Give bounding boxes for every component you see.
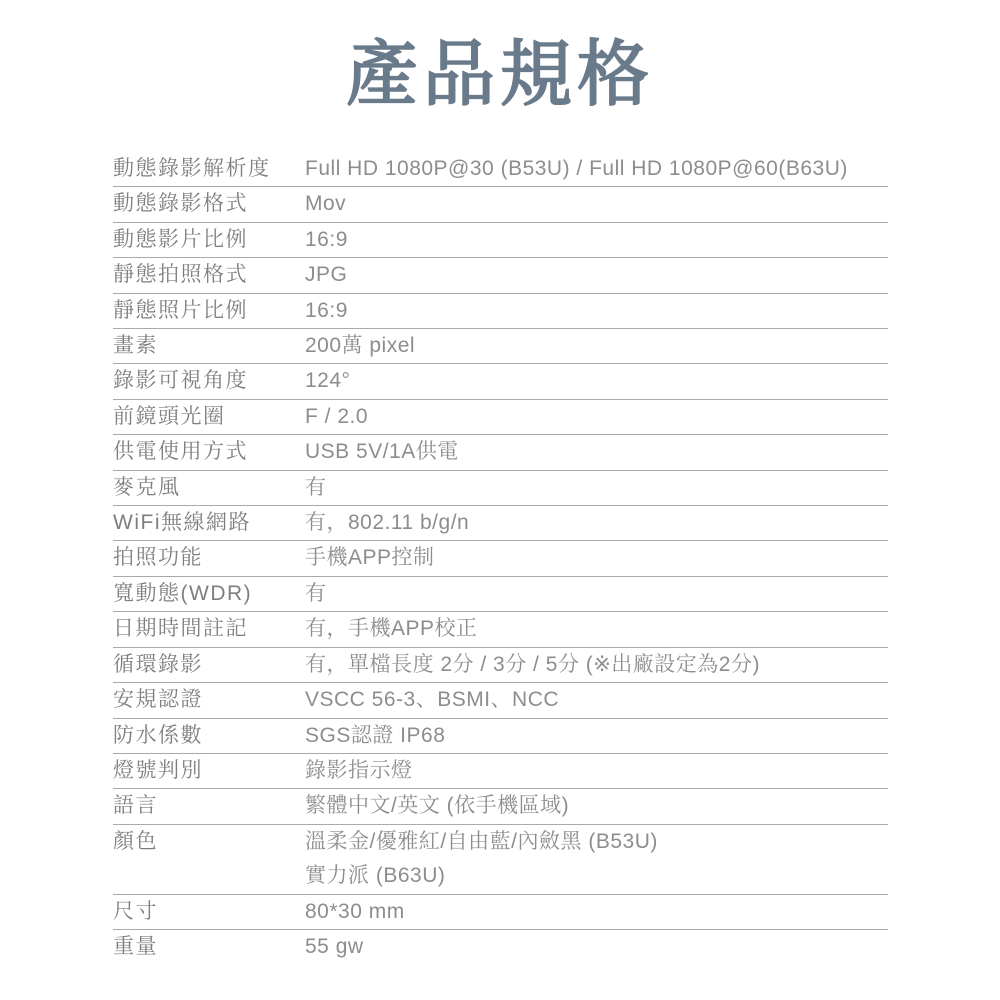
spec-row: 畫素 200萬 pixel xyxy=(113,329,888,364)
spec-value-line: 實力派 (B63U) xyxy=(305,859,888,893)
spec-row: 日期時間註記 有，手機APP校正 xyxy=(113,612,888,647)
spec-value: Mov xyxy=(305,187,888,221)
spec-label: 動態錄影解析度 xyxy=(113,152,305,186)
spec-value: 有 xyxy=(305,471,888,505)
spec-label: 拍照功能 xyxy=(113,541,305,575)
spec-value: 200萬 pixel xyxy=(305,329,888,363)
spec-label: 燈號判別 xyxy=(113,754,305,788)
spec-row: 循環錄影 有，單檔長度 2分 / 3分 / 5分 (※出廠設定為2分) xyxy=(113,648,888,683)
spec-value: VSCC 56-3、BSMI、NCC xyxy=(305,683,888,717)
spec-row: 尺寸 80*30 mm xyxy=(113,895,888,930)
spec-value: 124° xyxy=(305,364,888,398)
spec-value: 溫柔金/優雅紅/自由藍/內斂黑 (B53U)實力派 (B63U) xyxy=(305,825,888,894)
spec-value: 16:9 xyxy=(305,223,888,257)
spec-row: 供電使用方式 USB 5V/1A供電 xyxy=(113,435,888,470)
spec-row: 靜態照片比例 16:9 xyxy=(113,294,888,329)
spec-value: 有，802.11 b/g/n xyxy=(305,506,888,540)
spec-label: 重量 xyxy=(113,930,305,964)
spec-label: 畫素 xyxy=(113,329,305,363)
spec-label: 防水係數 xyxy=(113,719,305,753)
spec-label: 靜態拍照格式 xyxy=(113,258,305,292)
spec-label: 寬動態(WDR) xyxy=(113,577,305,611)
spec-label: 供電使用方式 xyxy=(113,435,305,469)
spec-row: 動態影片比例 16:9 xyxy=(113,223,888,258)
spec-value: USB 5V/1A供電 xyxy=(305,435,888,469)
spec-label: 尺寸 xyxy=(113,895,305,929)
spec-value: 16:9 xyxy=(305,294,888,328)
spec-value: JPG xyxy=(305,258,888,292)
spec-value: 繁體中文/英文 (依手機區域) xyxy=(305,789,888,823)
spec-row: 麥克風 有 xyxy=(113,471,888,506)
spec-value: 80*30 mm xyxy=(305,895,888,929)
spec-label: WiFi無線網路 xyxy=(113,506,305,540)
spec-row: 防水係數 SGS認證 IP68 xyxy=(113,719,888,754)
spec-value: F / 2.0 xyxy=(305,400,888,434)
spec-label: 循環錄影 xyxy=(113,648,305,682)
spec-row: 錄影可視角度 124° xyxy=(113,364,888,399)
spec-value: 手機APP控制 xyxy=(305,541,888,575)
spec-sheet-page: 產品規格 動態錄影解析度 Full HD 1080P@30 (B53U) / F… xyxy=(0,0,1000,1000)
spec-row: WiFi無線網路 有，802.11 b/g/n xyxy=(113,506,888,541)
spec-label: 顏色 xyxy=(113,825,305,859)
spec-value: 有，單檔長度 2分 / 3分 / 5分 (※出廠設定為2分) xyxy=(305,648,888,682)
spec-row: 前鏡頭光圈 F / 2.0 xyxy=(113,400,888,435)
spec-row: 靜態拍照格式 JPG xyxy=(113,258,888,293)
spec-row: 顏色 溫柔金/優雅紅/自由藍/內斂黑 (B53U)實力派 (B63U) xyxy=(113,825,888,895)
spec-label: 安規認證 xyxy=(113,683,305,717)
spec-value: 55 gw xyxy=(305,930,888,964)
spec-label: 前鏡頭光圈 xyxy=(113,400,305,434)
spec-value-line: 溫柔金/優雅紅/自由藍/內斂黑 (B53U) xyxy=(305,825,888,859)
page-title: 產品規格 xyxy=(0,34,1000,117)
spec-value: 有 xyxy=(305,577,888,611)
spec-row: 安規認證 VSCC 56-3、BSMI、NCC xyxy=(113,683,888,718)
spec-row: 語言 繁體中文/英文 (依手機區域) xyxy=(113,789,888,824)
spec-row: 燈號判別 錄影指示燈 xyxy=(113,754,888,789)
spec-label: 動態錄影格式 xyxy=(113,187,305,221)
spec-value: 錄影指示燈 xyxy=(305,754,888,788)
spec-row: 動態錄影格式 Mov xyxy=(113,187,888,222)
spec-row: 拍照功能 手機APP控制 xyxy=(113,541,888,576)
spec-row: 寬動態(WDR) 有 xyxy=(113,577,888,612)
spec-value: SGS認證 IP68 xyxy=(305,719,888,753)
spec-label: 麥克風 xyxy=(113,471,305,505)
spec-row: 動態錄影解析度 Full HD 1080P@30 (B53U) / Full H… xyxy=(113,152,888,187)
spec-label: 日期時間註記 xyxy=(113,612,305,646)
spec-label: 錄影可視角度 xyxy=(113,364,305,398)
spec-label: 動態影片比例 xyxy=(113,223,305,257)
spec-table: 動態錄影解析度 Full HD 1080P@30 (B53U) / Full H… xyxy=(113,152,888,964)
spec-value: 有，手機APP校正 xyxy=(305,612,888,646)
spec-value: Full HD 1080P@30 (B53U) / Full HD 1080P@… xyxy=(305,152,888,186)
spec-row: 重量 55 gw xyxy=(113,930,888,964)
spec-label: 靜態照片比例 xyxy=(113,294,305,328)
spec-label: 語言 xyxy=(113,789,305,823)
